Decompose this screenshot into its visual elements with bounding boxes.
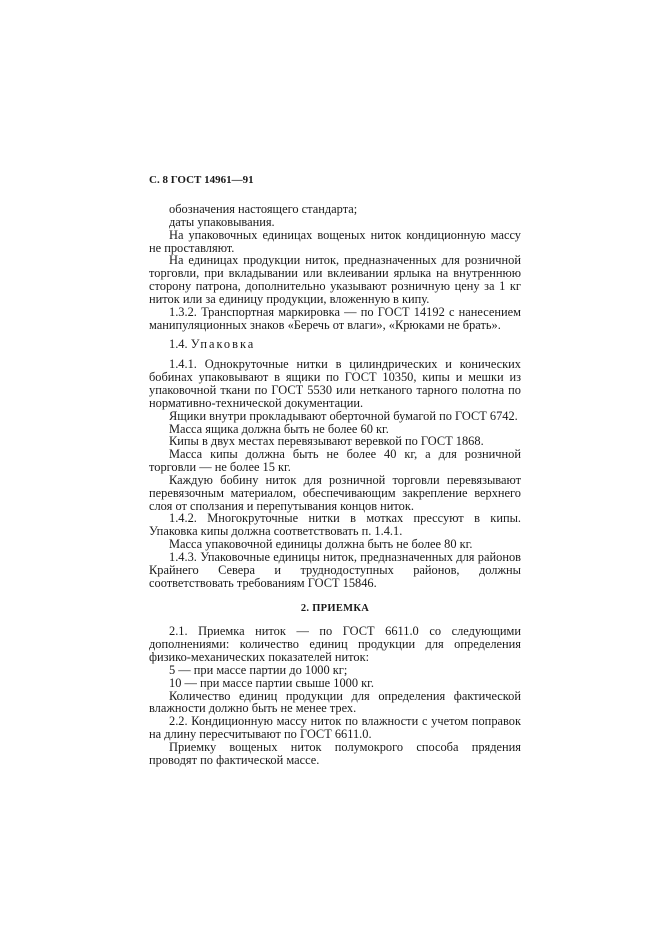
paragraph: 1.3.2. Транспортная маркировка — по ГОСТ… bbox=[149, 306, 521, 332]
subsection-heading: 1.4. Упаковка bbox=[149, 338, 521, 351]
paragraph: Ящики внутри прокладывают оберточной бум… bbox=[149, 410, 521, 423]
paragraph: Масса упаковочной единицы должна быть не… bbox=[149, 538, 521, 551]
paragraph: Количество единиц продукции для определе… bbox=[149, 690, 521, 716]
paragraph: даты упаковывания. bbox=[149, 216, 521, 229]
paragraph: 2.1. Приемка ниток — по ГОСТ 6611.0 со с… bbox=[149, 625, 521, 664]
subsection-number: 1.4. bbox=[169, 337, 188, 351]
paragraph: Масса кипы должна быть не более 40 кг, а… bbox=[149, 448, 521, 474]
section-heading: 2. ПРИЕМКА bbox=[149, 603, 521, 616]
paragraph: 10 — при массе партии свыше 1000 кг. bbox=[149, 677, 521, 690]
subsection-title: Упаковка bbox=[191, 337, 256, 351]
paragraph: 5 — при массе партии до 1000 кг; bbox=[149, 664, 521, 677]
paragraph: 1.4.3. Упаковочные единицы ниток, предна… bbox=[149, 551, 521, 590]
paragraph: 1.4.2. Многокруточные нитки в мотках пре… bbox=[149, 512, 521, 538]
document-page: С. 8 ГОСТ 14961—91 обозначения настоящег… bbox=[149, 173, 521, 767]
paragraph: 2.2. Кондиционную массу ниток по влажнос… bbox=[149, 715, 521, 741]
paragraph: На упаковочных единицах вощеных ниток ко… bbox=[149, 229, 521, 255]
paragraph: обозначения настоящего стандарта; bbox=[149, 203, 521, 216]
paragraph: 1.4.1. Однокруточные нитки в цилиндричес… bbox=[149, 358, 521, 409]
paragraph: На единицах продукции ниток, предназначе… bbox=[149, 254, 521, 305]
paragraph: Каждую бобину ниток для розничной торгов… bbox=[149, 474, 521, 513]
paragraph: Приемку вощеных ниток полумокрого способ… bbox=[149, 741, 521, 767]
page-header: С. 8 ГОСТ 14961—91 bbox=[149, 173, 521, 187]
